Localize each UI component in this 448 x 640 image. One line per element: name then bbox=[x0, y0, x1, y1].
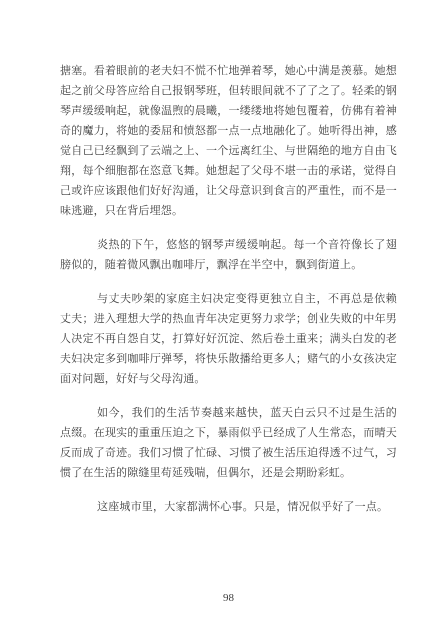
book-page: 搪塞。看着眼前的老夫妇不慌不忙地弹着琴，她心中满是羡慕。她想起之前父母答应给自己… bbox=[0, 0, 448, 640]
paragraph-4: 如今，我们的生活节奏越来越快，蓝天白云只不过是生活的点缀。在现实的重重压迫之下，… bbox=[60, 403, 397, 483]
page-text-block: 搪塞。看着眼前的老夫妇不慌不忙地弹着琴，她心中满是羡慕。她想起之前父母答应给自己… bbox=[60, 61, 397, 531]
paragraph-1: 搪塞。看着眼前的老夫妇不慌不忙地弹着琴，她心中满是羡慕。她想起之前父母答应给自己… bbox=[60, 61, 397, 221]
paragraph-3: 与丈夫吵架的家庭主妇决定变得更独立自主，不再总是依赖丈夫；进入理想大学的热血青年… bbox=[60, 289, 397, 389]
page-number: 98 bbox=[60, 592, 397, 604]
paragraph-5: 这座城市里，大家都满怀心事。只是，情况似乎好了一点。 bbox=[60, 497, 397, 517]
paragraph-2: 炎热的下午，悠悠的钢琴声缓缓响起。每一个音符像长了翅膀似的，随着微风飘出咖啡厅，… bbox=[60, 235, 397, 275]
